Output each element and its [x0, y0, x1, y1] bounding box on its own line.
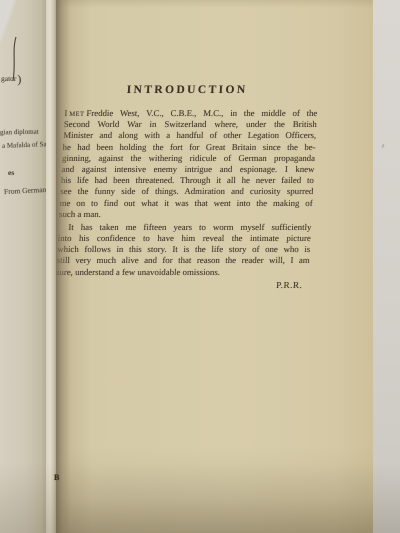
small-caps-word: MET	[69, 111, 84, 118]
text-line: such a man.	[59, 209, 313, 220]
left-page-fragment: gator)	[1, 72, 21, 87]
page-title: INTRODUCTION	[65, 82, 319, 98]
printers-signature-mark: B	[54, 473, 59, 483]
fragment-text: gator	[1, 74, 16, 83]
text-line: see the funny side of things. Admiration…	[60, 186, 314, 197]
book-photo: gator) gian diplomat a Mafalda of Sav es…	[0, 0, 400, 533]
right-page: INTRODUCTION IMETFreddie West, V.C., C.B…	[56, 0, 373, 533]
text-line: sure, understand a few unavoidable omiss…	[56, 267, 309, 278]
paragraph-2: It has taken me fifteen years to worm my…	[56, 222, 312, 278]
left-page-fragment: es	[8, 168, 14, 177]
text-line: Second World War in Switzerland where, u…	[63, 119, 317, 130]
text-line: IMETFreddie West, V.C., C.B.E., M.C., in…	[64, 108, 318, 119]
page-content: INTRODUCTION IMETFreddie West, V.C., C.B…	[56, 82, 319, 291]
text-line: It has taken me fifteen years to worm my…	[58, 222, 312, 233]
text-line: Minister and along with a handful of oth…	[63, 130, 317, 141]
dust-speck	[381, 144, 384, 148]
text-line: me on to find out what it was that went …	[59, 198, 313, 209]
line-text: Freddie West, V.C., C.B.E., M.C., in the…	[86, 108, 317, 118]
text-line: and against intensive enemy intrigue and…	[61, 164, 315, 175]
left-page-fragment: From German	[4, 185, 47, 196]
gutter-shadow	[56, 0, 70, 533]
paragraph-1: IMETFreddie West, V.C., C.B.E., M.C., in…	[59, 108, 318, 220]
text-line: his life had been threatened. Through it…	[61, 175, 315, 186]
text-line: ginning, against the withering ridicule …	[62, 153, 316, 164]
text-line: still very much alive and for that reaso…	[56, 255, 310, 266]
author-initials: P.R.R.	[56, 279, 309, 291]
left-page-fragment: gian diplomat	[0, 128, 39, 137]
left-page: gator) gian diplomat a Mafalda of Sav es…	[0, 0, 48, 533]
text-line: into his confidence to have him reveal t…	[57, 233, 311, 244]
text-line: he had been holding the fort for Great B…	[62, 142, 316, 153]
bracket-glyph: )	[17, 72, 21, 86]
left-page-fragment: a Mafalda of Sav	[2, 140, 48, 150]
text-line: which follows in this story. It is the l…	[57, 244, 311, 255]
